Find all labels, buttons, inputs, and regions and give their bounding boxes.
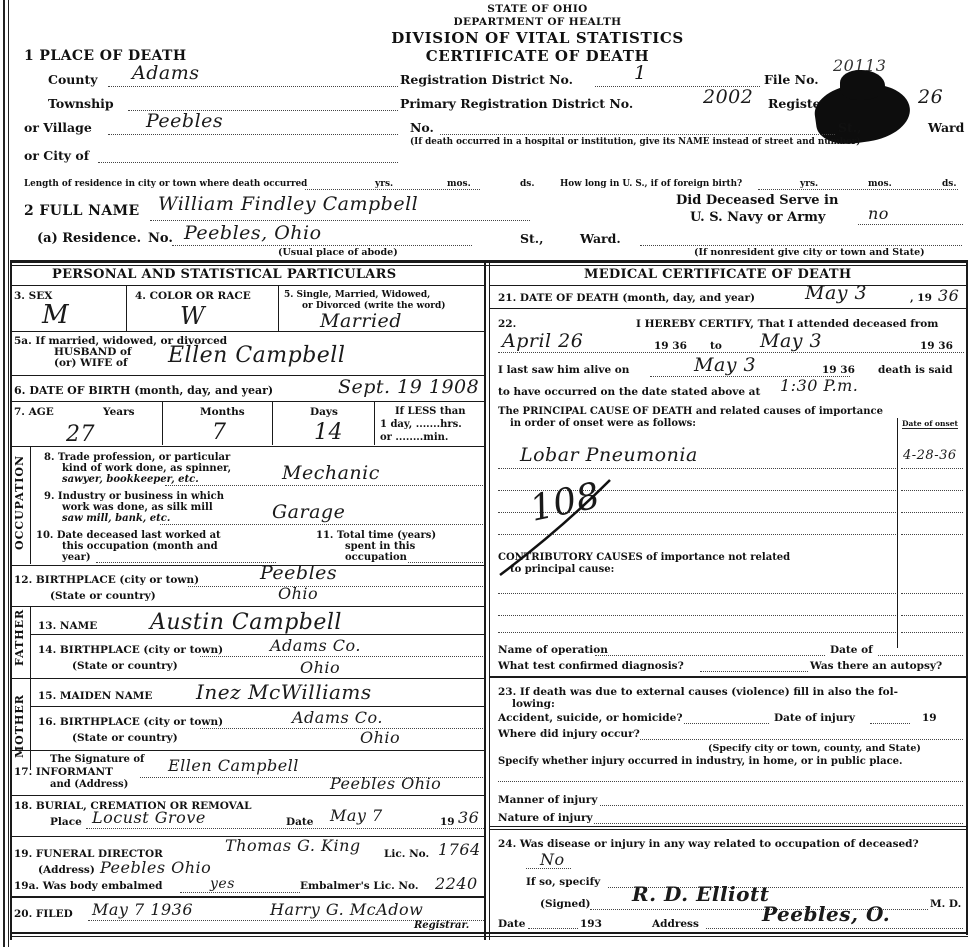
full-name-line [150, 220, 530, 221]
operation-date-label: Date of [830, 644, 873, 656]
dod-label: 21. DATE OF DEATH (month, day, and year) [498, 292, 755, 304]
occupation-related-value[interactable]: No [540, 850, 565, 869]
signed-label: (Signed) [540, 898, 591, 910]
code-slash-mark [490, 470, 640, 600]
md-label: M. D. [930, 898, 961, 910]
time-value[interactable]: 1:30 P.m. [780, 376, 858, 395]
nonresident-note: (If nonresident give city or town and St… [694, 247, 925, 258]
foreign-yrs: yrs. [800, 179, 818, 189]
village-label: or Village [24, 120, 92, 135]
race-label: 4. COLOR OR RACE [135, 290, 251, 302]
trade-label-2: kind of work done, as spinner, [62, 463, 231, 474]
total-time-label-2: spent in this [345, 541, 415, 552]
birthplace-label: 12. BIRTHPLACE (city or town) [14, 574, 199, 586]
less-label-2: 1 day, .......hrs. [380, 419, 462, 430]
nature-label: Nature of injury [498, 812, 593, 824]
village-value[interactable]: Peebles [146, 110, 223, 132]
frame-right-rule [966, 260, 968, 935]
dod-year-prefix: , 19 [910, 292, 932, 304]
days-label: Days [310, 406, 338, 418]
external-label-1: 23. If death was due to external causes … [498, 686, 898, 698]
attended-to-year[interactable]: 19 36 [920, 340, 953, 352]
birthplace-value[interactable]: Peebles [260, 562, 337, 584]
foreign-ds: ds. [942, 179, 957, 189]
embalmer-lic-value[interactable]: 2240 [435, 874, 478, 893]
county-line [108, 86, 398, 87]
frame-left-rule [10, 260, 12, 940]
informant-label-3: and (Address) [50, 779, 128, 790]
header-state: STATE OF OHIO [0, 3, 980, 15]
last-worked-label-2: this occupation (month and [62, 541, 218, 552]
total-time-label-3: occupation [345, 552, 407, 563]
marital-value[interactable]: Married [320, 310, 402, 332]
informant-value[interactable]: Ellen Campbell [168, 756, 299, 775]
days-value[interactable]: 14 [314, 420, 343, 445]
street-no-label: No. [410, 120, 434, 135]
test-label: What test confirmed diagnosis? [498, 660, 684, 672]
foreign-mos: mos. [868, 179, 892, 189]
cause-value[interactable]: Lobar Pneumonia [520, 444, 698, 466]
registration-district-label: Registration District No. [400, 72, 573, 87]
where-label: Where did injury occur? [498, 728, 640, 740]
trade-value[interactable]: Mechanic [282, 462, 380, 484]
date-label: Date [498, 918, 525, 930]
center-divider [484, 260, 486, 940]
date-year-prefix: 193 [580, 918, 602, 930]
primary-registration-label: Primary Registration District No. [400, 96, 633, 111]
marital-label-1: 5. Single, Married, Widowed, [284, 290, 430, 300]
industry-label-1: 9. Industry or business in which [44, 491, 224, 502]
where-note: (Specify city or town, county, and State… [708, 743, 921, 754]
injury-date-label: Date of injury [774, 712, 855, 724]
trade-label-1: 8. Trade profession, or particular [44, 452, 230, 463]
if-so-label: If so, specify [526, 876, 600, 888]
medical-section-title: MEDICAL CERTIFICATE OF DEATH [584, 267, 851, 282]
left-margin-rule [3, 0, 5, 947]
onset-header: Date of onset [902, 419, 958, 429]
race-value[interactable]: W [180, 302, 205, 330]
primary-registration-value[interactable]: 2002 [703, 86, 753, 108]
frame-bottom-rule [10, 932, 968, 934]
industry-label-2: work was done, as silk mill [62, 502, 213, 513]
burial-year-value[interactable]: 36 [458, 808, 479, 827]
residence-no-label: No. [148, 231, 173, 246]
usual-abode-note: (Usual place of abode) [278, 247, 398, 258]
certify-text: I HEREBY CERTIFY, That I attended deceas… [636, 318, 938, 330]
ward-label: Ward [928, 120, 964, 135]
less-label-1: If LESS than [395, 406, 465, 417]
specify-label: Specify whether injury occurred in indus… [498, 756, 903, 767]
informant-label-2: 17. INFORMANT [14, 766, 113, 778]
full-name-value[interactable]: William Findley Campbell [158, 193, 418, 215]
attended-to-value[interactable]: May 3 [760, 330, 822, 352]
funeral-lic-value[interactable]: 1764 [438, 840, 481, 859]
street-no-line [440, 134, 835, 135]
length-residence-label: Length of residence in city or town wher… [24, 179, 307, 189]
length-mos: mos. [447, 179, 471, 189]
occupation-vertical-label: OCCUPATION [13, 455, 26, 550]
death-said-label: death is said [878, 364, 953, 376]
full-name-label: 2 FULL NAME [24, 203, 140, 219]
contributory-label-2: to principal cause: [510, 564, 614, 575]
to-label: to [710, 340, 722, 352]
last-saw-year[interactable]: 19 36 [822, 364, 855, 376]
mother-maiden-value[interactable]: Inez McWilliams [196, 680, 372, 704]
file-no-label: File No. [764, 72, 819, 87]
spouse-label-3: (or) WIFE of [54, 357, 127, 369]
last-saw-value[interactable]: May 3 [694, 354, 756, 376]
street-st-label: St., [838, 120, 862, 135]
informant-label-1: The Signature of [50, 754, 144, 765]
township-label: Township [48, 96, 114, 111]
burial-date-label: Date [286, 816, 313, 828]
mother-birthplace-state-label: (State or country) [72, 732, 178, 744]
total-time-label-1: 11. Total time (years) [316, 530, 436, 541]
years-value[interactable]: 27 [66, 422, 95, 447]
funeral-address-value[interactable]: Peebles Ohio [100, 858, 211, 877]
mother-birthplace-value[interactable]: Adams Co. [292, 708, 383, 727]
spouse-value[interactable]: Ellen Campbell [168, 343, 345, 368]
filed-value[interactable]: May 7 1936 [92, 900, 193, 919]
burial-year-prefix: 19 [440, 816, 455, 828]
last-worked-label-1: 10. Date deceased last worked at [36, 530, 221, 541]
city-line [98, 162, 398, 163]
dob-value[interactable]: Sept. 19 1908 [338, 376, 479, 398]
registrar-label: Registrar. [414, 920, 469, 931]
cause-onset-value[interactable]: 4-28-36 [903, 448, 957, 463]
header-division: DIVISION OF VITAL STATISTICS [0, 29, 980, 47]
burial-place-label: Place [50, 816, 82, 828]
manner-label: Manner of injury [498, 794, 597, 806]
months-label: Months [200, 406, 245, 418]
injury-year-prefix: 19 [922, 712, 937, 724]
embalmed-label: 19a. Was body embalmed [14, 880, 162, 892]
operation-label: Name of operation [498, 644, 608, 656]
attended-from-value[interactable]: April 26 [502, 330, 583, 352]
burial-date-value[interactable]: May 7 [330, 806, 383, 825]
signed-value[interactable]: R. D. Elliott [632, 882, 769, 906]
embalmed-value[interactable]: yes [210, 876, 235, 892]
length-yrs: yrs. [375, 179, 393, 189]
principal-label-2: in order of onset were as follows: [510, 418, 696, 429]
age-label: 7. AGE [14, 406, 54, 418]
informant-address[interactable]: Peebles Ohio [330, 774, 441, 793]
father-birthplace-state-label: (State or country) [72, 660, 178, 672]
registered-no-value[interactable]: 26 [918, 86, 943, 108]
funeral-value[interactable]: Thomas G. King [225, 836, 361, 855]
county-value[interactable]: Adams [132, 62, 199, 84]
residence-ward: Ward. [580, 231, 621, 246]
city-label: or City of [24, 148, 89, 163]
funeral-address-label: (Address) [38, 864, 95, 876]
industry-label-3: saw mill, bank, etc. [62, 513, 170, 524]
attended-from-year[interactable]: 19 36 [654, 340, 687, 352]
last-worked-label-3: year) [62, 552, 91, 563]
father-birthplace-value[interactable]: Adams Co. [270, 636, 361, 655]
address-value[interactable]: Peebles, O. [762, 902, 890, 926]
address-label: Address [652, 918, 699, 930]
residence-label: (a) Residence. [37, 231, 141, 246]
burial-place-value[interactable]: Locust Grove [92, 808, 206, 827]
length-ds: ds. [520, 179, 535, 189]
residence-st: St., [520, 231, 544, 246]
certify-num: 22. [498, 318, 516, 330]
dob-label: 6. DATE OF BIRTH (month, day, and year) [14, 384, 273, 397]
residence-value[interactable]: Peebles, Ohio [184, 222, 322, 244]
external-label-2: lowing: [512, 698, 555, 710]
foreign-birth-label: How long in U. S., if of foreign birth? [560, 179, 742, 189]
served-label-1: Did Deceased Serve in [676, 193, 838, 208]
funeral-lic-label: Lic. No. [384, 848, 429, 860]
years-label: Years [103, 406, 135, 418]
occurred-label: to have occurred on the date stated abov… [498, 386, 760, 398]
accident-label: Accident, suicide, or homicide? [498, 712, 682, 724]
principal-label-1: The PRINCIPAL CAUSE OF DEATH and related… [498, 406, 883, 417]
autopsy-label: Was there an autopsy? [810, 660, 942, 672]
mother-maiden-label: 15. MAIDEN NAME [38, 690, 152, 702]
ink-blot [840, 70, 885, 100]
sex-value[interactable]: M [42, 300, 69, 330]
last-saw-label: I last saw him alive on [498, 364, 629, 376]
filed-label: 20. FILED [14, 908, 73, 920]
served-label-2: U. S. Navy or Army [690, 210, 825, 225]
birthplace-state-value[interactable]: Ohio [278, 584, 318, 603]
contributory-label-1: CONTRIBUTORY CAUSES of importance not re… [498, 552, 790, 563]
served-value[interactable]: no [868, 204, 889, 223]
left-margin-rule [8, 0, 9, 947]
months-value[interactable]: 7 [212, 420, 227, 445]
trade-label-3: sawyer, bookkeeper, etc. [62, 474, 199, 485]
father-name-value[interactable]: Austin Campbell [150, 610, 342, 635]
father-birthplace-state-value[interactable]: Ohio [300, 658, 340, 677]
dod-year-value[interactable]: 36 [938, 286, 959, 305]
header-department: DEPARTMENT OF HEALTH [0, 16, 980, 28]
personal-section-title: PERSONAL AND STATISTICAL PARTICULARS [52, 267, 396, 282]
industry-value[interactable]: Garage [272, 501, 345, 523]
father-vertical-label: FATHER [13, 609, 26, 666]
father-name-label: 13. NAME [38, 620, 97, 632]
hospital-note: (If death occurred in a hospital or inst… [410, 137, 860, 147]
registration-district-value[interactable]: 1 [634, 62, 647, 84]
less-label-3: or ........min. [380, 432, 448, 443]
birthplace-state-label: (State or country) [50, 590, 156, 602]
occupation-related-label: 24. Was disease or injury in any way rel… [498, 838, 919, 850]
dod-value[interactable]: May 3 [805, 282, 867, 304]
county-label: County [48, 72, 98, 87]
village-line [108, 134, 398, 135]
mother-birthplace-label: 16. BIRTHPLACE (city or town) [38, 716, 223, 728]
mother-vertical-label: MOTHER [13, 694, 26, 758]
mother-birthplace-state-value[interactable]: Ohio [360, 728, 400, 747]
registrar-value[interactable]: Harry G. McAdow [270, 900, 423, 919]
embalmer-lic-label: Embalmer's Lic. No. [300, 880, 419, 892]
father-birthplace-label: 14. BIRTHPLACE (city or town) [38, 644, 223, 656]
